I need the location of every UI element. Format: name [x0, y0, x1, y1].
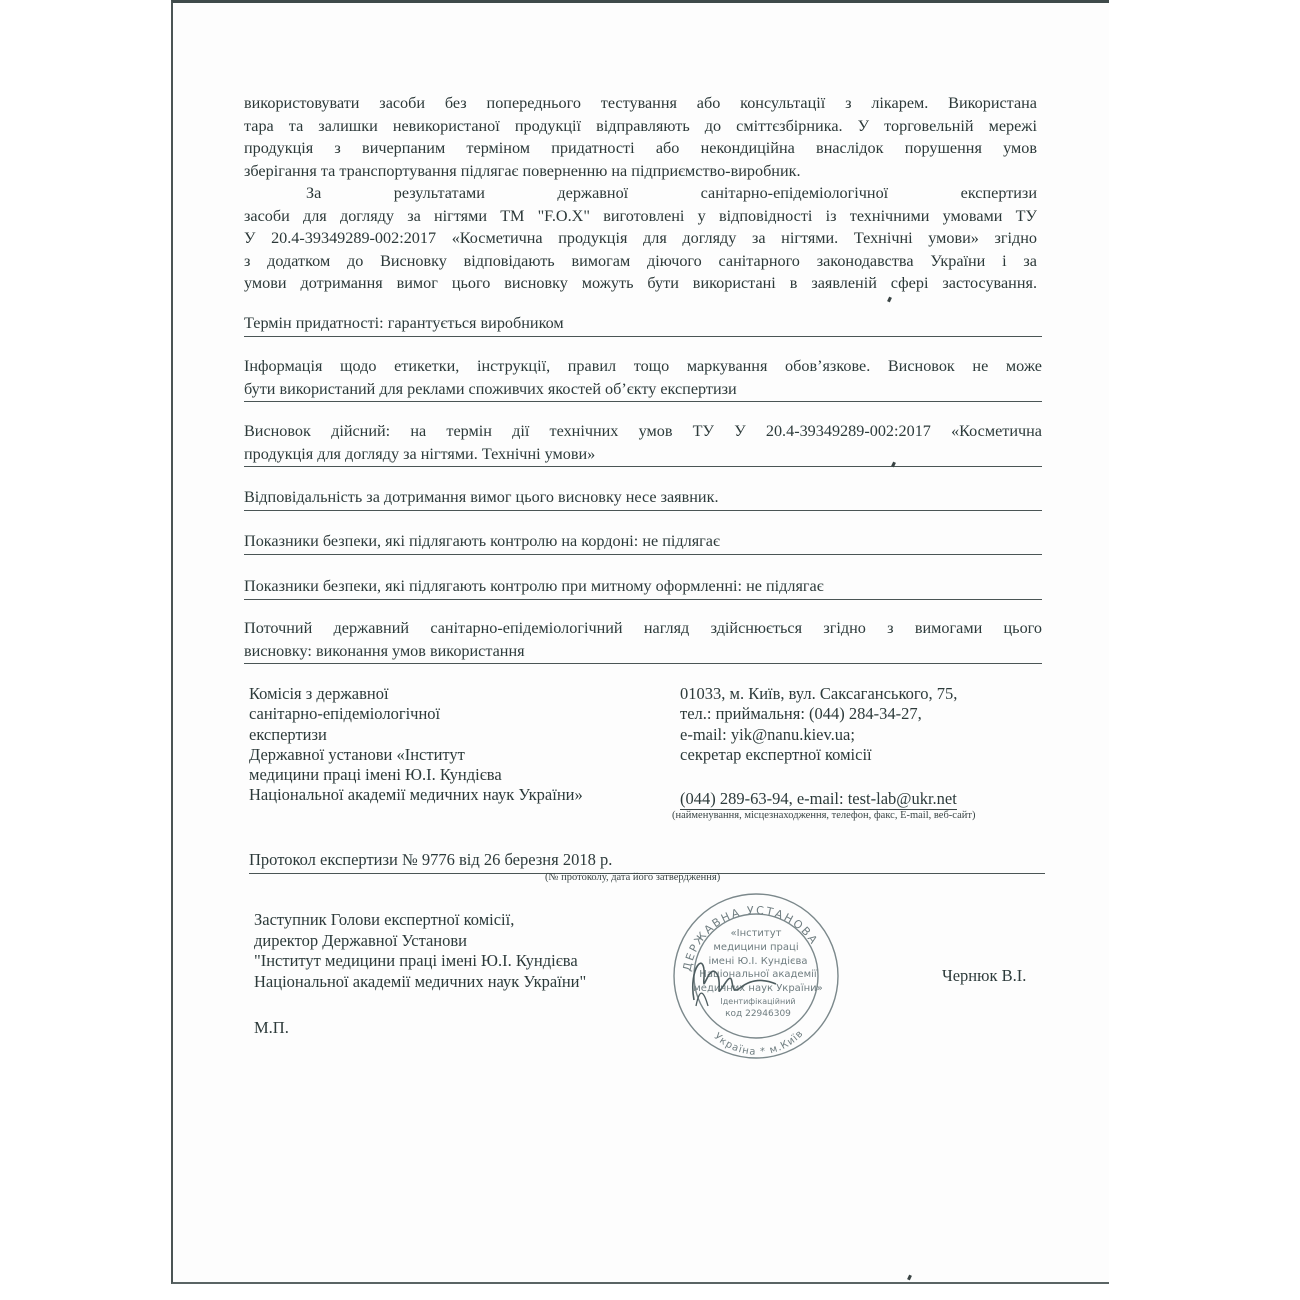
signatory-title: Заступник Голови експертної комісії, дир…: [254, 910, 586, 992]
field-border-control: Показники безпеки, які підлягають контро…: [244, 530, 1042, 555]
signer-name: Чернюк В.І.: [942, 966, 1026, 986]
field-labeling-info: Інформація щодо етикетки, інструкції, пр…: [244, 355, 1042, 402]
text-line: з додатком до Висновку відповідають вимо…: [244, 250, 1037, 273]
field-customs-control: Показники безпеки, які підлягають контро…: [244, 575, 1042, 600]
text-line: використовувати засоби без попереднього …: [244, 92, 1037, 115]
svg-text:медицини праці: медицини праці: [713, 941, 798, 953]
svg-text:Ідентифікаційний: Ідентифікаційний: [720, 997, 795, 1006]
text-line: зберігання та транспортування підлягає п…: [244, 160, 1037, 183]
field-responsibility: Відповідальність за дотримання вимог цьо…: [244, 486, 1042, 511]
conclusion-paragraph: За результатами державної санітарно-епід…: [244, 182, 1037, 295]
intro-paragraph: використовувати засоби без попереднього …: [244, 92, 1037, 182]
text-line: засоби для догляду за нігтями ТМ "F.O.X"…: [244, 205, 1037, 228]
svg-text:медичних наук України»: медичних наук України»: [693, 983, 823, 994]
commission-name-block: Комісія з державної санітарно-епідеміоло…: [249, 684, 583, 806]
text-line: умови дотримання вимог цього висновку мо…: [244, 272, 1037, 295]
svg-text:імені Ю.І. Кундієва: імені Ю.І. Кундієва: [708, 955, 807, 967]
protocol-caption: (№ протоколу, дата його затвердження): [545, 872, 720, 883]
protocol-line: Протокол експертизи № 9776 від 26 березн…: [249, 849, 1045, 874]
contacts-caption: (найменування, місцезнаходження, телефон…: [672, 810, 975, 821]
svg-text:код 22946309: код 22946309: [725, 1009, 791, 1019]
text-line: У 20.4-39349289-002:2017 «Косметична про…: [244, 227, 1037, 250]
seal-place-label: М.П.: [254, 1018, 289, 1038]
text-line: продукція з вичерпаним терміном придатно…: [244, 137, 1037, 160]
secretary-contact: (044) 289-63-94, e-mail: test-lab@ukr.ne…: [680, 789, 957, 810]
text-line: тара та залишки невикористаної продукції…: [244, 115, 1037, 138]
text-line: За результатами державної санітарно-епід…: [244, 182, 1037, 205]
svg-text:«Інститут: «Інститут: [731, 928, 782, 939]
field-supervision: Поточний державний санітарно-епідеміолог…: [244, 617, 1042, 664]
official-stamp-icon: ДЕРЖАВНА УСТАНОВА Україна * м.Київ «Інст…: [666, 888, 844, 1060]
svg-text:Україна * м.Київ: Україна * м.Київ: [712, 1028, 806, 1058]
field-validity: Висновок дійсний: на термін дії технічни…: [244, 420, 1042, 467]
field-shelf-life: Термін придатності: гарантується виробни…: [244, 312, 1042, 337]
commission-contacts-block: 01033, м. Київ, вул. Саксаганського, 75,…: [680, 684, 957, 765]
